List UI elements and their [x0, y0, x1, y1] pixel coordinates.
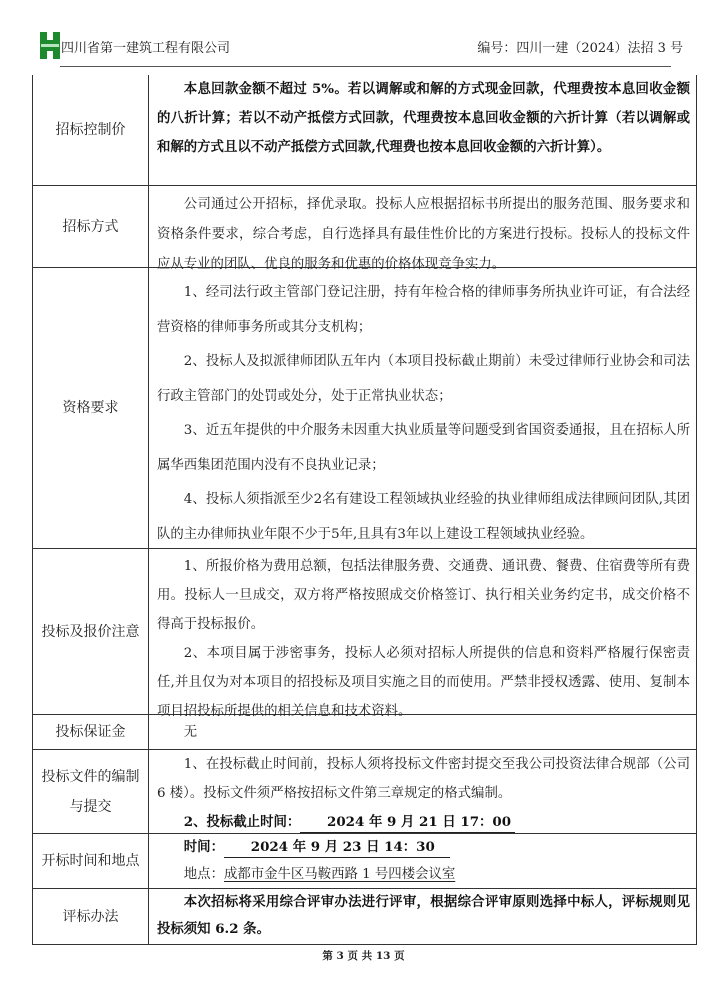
- time-value: 2024 年 9 月 23 日 14：30: [224, 837, 450, 858]
- row-label: 开标时间和地点: [33, 834, 149, 888]
- row-label: 投标及报价注意: [33, 549, 149, 714]
- row-content: 无: [149, 715, 696, 749]
- place-label: 地点：: [184, 867, 224, 882]
- paragraph: 公司通过公开招标，择优录取。投标人应根据招标书所提出的服务范围、服务要求和资格条…: [157, 190, 690, 280]
- table-row-bid-quote-notes: 投标及报价注意 1、所报价格为费用总额，包括法律服务费、交通费、通讯费、餐费、住…: [33, 549, 696, 715]
- row-content: 1、所报价格为费用总额，包括法律服务费、交通费、通讯费、餐费、住宿费等所有费用。…: [149, 549, 696, 714]
- row-content: 1、经司法行政主管部门登记注册，持有年检合格的律师事务所执业许可证，有合法经营资…: [149, 268, 696, 548]
- tender-info-table: 招标控制价 本息回款金额不超过 5%。若以调解或和解的方式现金回款，代理费按本息…: [32, 75, 697, 945]
- table-row-qualification: 资格要求 1、经司法行政主管部门登记注册，持有年检合格的律师事务所执业许可证，有…: [33, 268, 696, 549]
- row-label: 投标保证金: [33, 715, 149, 749]
- table-row-bid-document-submission: 投标文件的编制与提交 1、在投标截止时间前，投标人须将投标文件密封提交至我公司投…: [33, 750, 696, 834]
- deadline-value: 2024 年 9 月 21 日 17：00: [300, 812, 515, 833]
- paragraph: 2、投标人及拟派律师团队五年内（本项目投标截止期前）未受过律师行业协会和司法行政…: [157, 345, 690, 414]
- row-content: 本次招标将采用综合评审办法进行评审，根据综合评审原则选择中标人，评标规则见投标须…: [149, 889, 696, 944]
- company-logo-icon: [40, 32, 60, 59]
- row-label: 招标方式: [33, 186, 149, 267]
- opening-time-line: 时间： 2024 年 9 月 23 日 14：30: [157, 834, 690, 861]
- table-row-bidding-method: 招标方式 公司通过公开招标，择优录取。投标人应根据招标书所提出的服务范围、服务要…: [33, 186, 696, 268]
- place-value: 成都市金牛区马鞍西路 1 号四楼会议室: [224, 867, 455, 882]
- table-row-bid-control-price: 招标控制价 本息回款金额不超过 5%。若以调解或和解的方式现金回款，代理费按本息…: [33, 75, 696, 186]
- row-content: 1、在投标截止时间前，投标人须将投标文件密封提交至我公司投资法律合规部（公司 6…: [149, 750, 696, 833]
- row-label: 评标办法: [33, 889, 149, 944]
- row-content: 公司通过公开招标，择优录取。投标人应根据招标书所提出的服务范围、服务要求和资格条…: [149, 186, 696, 267]
- deadline-line: 2、投标截止时间： 2024 年 9 月 21 日 17：00: [157, 808, 690, 837]
- paragraph: 本次招标将采用综合评审办法进行评审，根据综合评审原则选择中标人，评标规则见投标须…: [157, 889, 690, 943]
- row-label: 招标控制价: [33, 75, 149, 185]
- page-number-footer: 第 3 页 共 13 页: [0, 948, 727, 963]
- document-number: 编号：四川一建（2024）法招 3 号: [477, 37, 683, 56]
- time-label: 时间：: [184, 839, 224, 855]
- paragraph: 本息回款金额不超过 5%。若以调解或和解的方式现金回款，代理费按本息回收金额的八…: [157, 75, 690, 162]
- paragraph: 1、经司法行政主管部门登记注册，持有年检合格的律师事务所执业许可证，有合法经营资…: [157, 276, 690, 345]
- page-header: 四川省第一建筑工程有限公司 编号：四川一建（2024）法招 3 号: [40, 32, 695, 60]
- paragraph: 1、所报价格为费用总额，包括法律服务费、交通费、通讯费、餐费、住宿费等所有费用。…: [157, 552, 690, 639]
- paragraph: 无: [157, 718, 690, 748]
- row-content: 时间： 2024 年 9 月 23 日 14：30 地点：成都市金牛区马鞍西路 …: [149, 834, 696, 888]
- opening-place-line: 地点：成都市金牛区马鞍西路 1 号四楼会议室: [157, 861, 690, 888]
- table-row-bid-bond: 投标保证金 无: [33, 715, 696, 750]
- paragraph: 3、近五年提供的中介服务未因重大执业质量等问题受到省国资委通报，且在招标人所属华…: [157, 414, 690, 483]
- table-row-evaluation-method: 评标办法 本次招标将采用综合评审办法进行评审，根据综合评审原则选择中标人，评标规…: [33, 889, 696, 945]
- row-content: 本息回款金额不超过 5%。若以调解或和解的方式现金回款，代理费按本息回收金额的八…: [149, 75, 696, 185]
- company-name: 四川省第一建筑工程有限公司: [61, 37, 230, 56]
- row-label: 资格要求: [33, 268, 149, 548]
- paragraph: 1、在投标截止时间前，投标人须将投标文件密封提交至我公司投资法律合规部（公司 6…: [157, 750, 690, 808]
- row-label: 投标文件的编制与提交: [33, 750, 149, 833]
- table-row-opening-time-place: 开标时间和地点 时间： 2024 年 9 月 23 日 14：30 地点：成都市…: [33, 834, 696, 889]
- paragraph: 4、投标人须指派至少2名有建设工程领域执业经验的执业律师组成法律顾问团队,其团队…: [157, 483, 690, 552]
- deadline-label: 2、投标截止时间：: [184, 814, 300, 830]
- paragraph: 2、本项目属于涉密事务，投标人必须对招标人所提供的信息和资料严格履行保密责任,并…: [157, 639, 690, 726]
- header-divider: [60, 66, 671, 67]
